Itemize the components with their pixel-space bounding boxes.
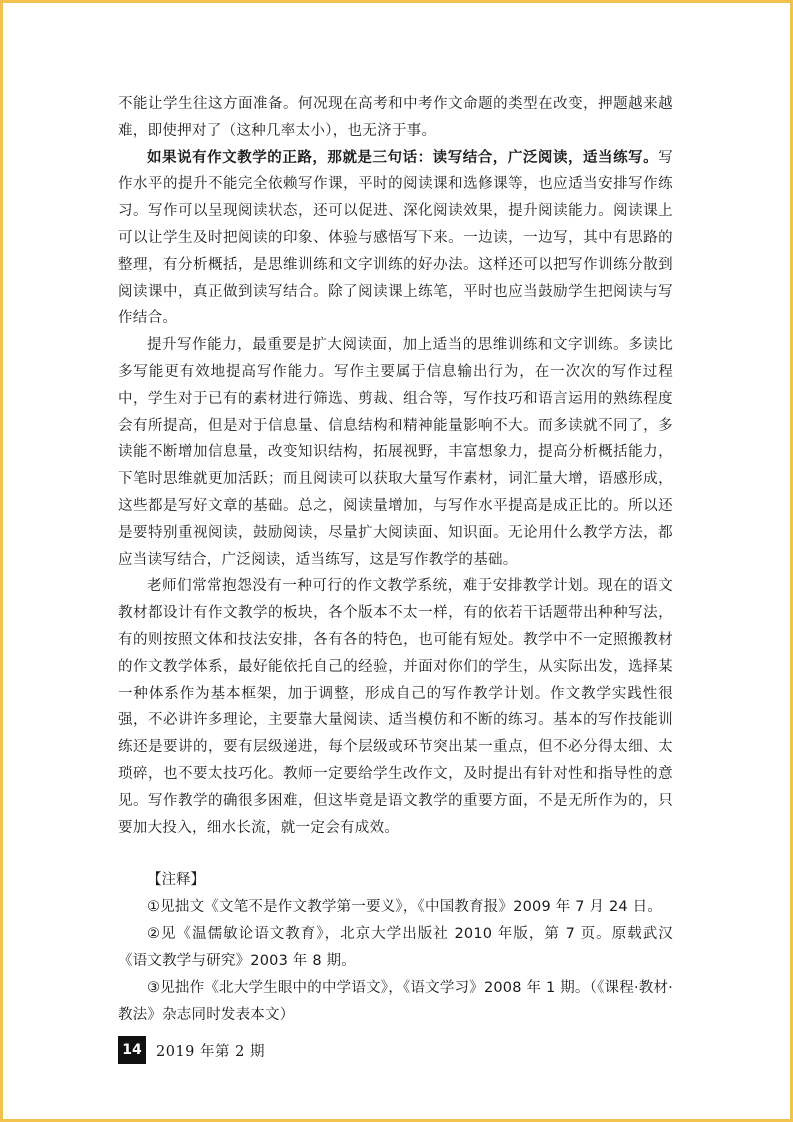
article-body: 不能让学生往这方面准备。何况现在高考和中考作文命题的类型在改变，押题越来越难，即… — [3, 3, 790, 1029]
body-paragraph-2: 如果说有作文教学的正路，那就是三句话：读写结合，广泛阅读，适当练写。写作水平的提… — [118, 145, 673, 333]
body-paragraph-1: 不能让学生往这方面准备。何况现在高考和中考作文命题的类型在改变，押题越来越难，即… — [118, 91, 673, 145]
issue-label: 2019 年第 2 期 — [156, 1040, 265, 1061]
document-page: 不能让学生往这方面准备。何况现在高考和中考作文命题的类型在改变，押题越来越难，即… — [0, 0, 793, 1122]
note-item-2: ②见《温儒敏论语文教育》，北京大学出版社 2010 年版，第 7 页。原载武汉《… — [118, 921, 673, 975]
body-paragraph-3: 提升写作能力，最重要是扩大阅读面，加上适当的思维训练和文字训练。多读比多写能更有… — [118, 332, 673, 573]
page-footer: 14 2019 年第 2 期 — [118, 1036, 265, 1064]
paragraph-text: 写作水平的提升不能完全依赖写作课，平时的阅读课和选修课等，也应适当安排写作练习。… — [118, 150, 673, 327]
note-item-1: ①见拙文《文笔不是作文教学第一要义》，《中国教育报》2009 年 7 月 24 … — [118, 894, 673, 921]
notes-header: 【注释】 — [118, 867, 673, 894]
bold-thesis-sentence: 如果说有作文教学的正路，那就是三句话：读写结合，广泛阅读，适当练写。 — [147, 149, 658, 166]
page-number-badge: 14 — [118, 1036, 146, 1064]
note-item-3: ③见拙作《北大学生眼中的中学语文》，《语文学习》2008 年 1 期。（《课程·… — [118, 975, 673, 1029]
body-paragraph-4: 老师们常常抱怨没有一种可行的作文教学系统，难于安排教学计划。现在的语文教材都设计… — [118, 573, 673, 841]
notes-section: 【注释】 ①见拙文《文笔不是作文教学第一要义》，《中国教育报》2009 年 7 … — [118, 867, 673, 1029]
